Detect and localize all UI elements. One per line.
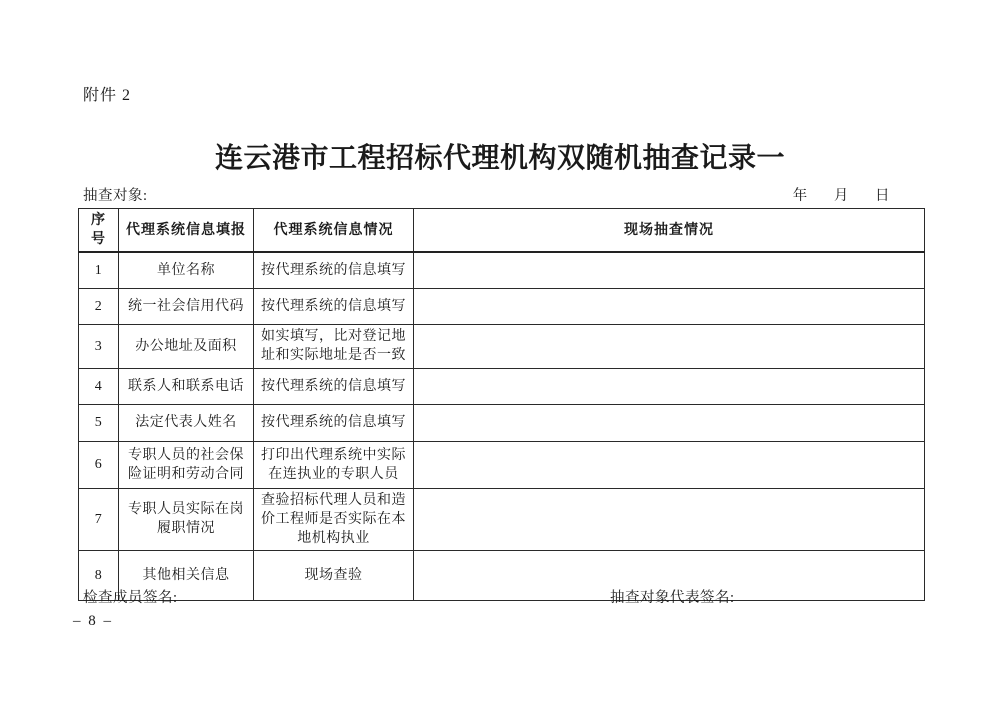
cell-no: 5 [79,404,119,441]
cell-info: 按代理系统的信息填写 [254,368,414,404]
header-item: 代理系统信息填报 [119,209,254,253]
cell-item: 法定代表人姓名 [119,404,254,441]
page-number: – 8 – [73,613,113,630]
attachment-label: 附件 2 [83,82,131,105]
table-row: 2 统一社会信用代码 按代理系统的信息填写 [79,288,925,324]
inspector-signature-label: 检查成员签名: [83,586,178,607]
header-no: 序号 [79,209,119,253]
cell-item: 办公地址及面积 [119,324,254,368]
table-row: 4 联系人和联系电话 按代理系统的信息填写 [79,368,925,404]
header-site: 现场抽查情况 [414,209,925,253]
year-label: 年 [793,184,808,205]
cell-item: 专职人员的社会保险证明和劳动合同 [119,441,254,488]
cell-site-blank [414,288,925,324]
cell-item: 单位名称 [119,252,254,288]
cell-site-blank [414,404,925,441]
table-row: 1 单位名称 按代理系统的信息填写 [79,252,925,288]
cell-info: 查验招标代理人员和造价工程师是否实际在本地机构执业 [254,488,414,550]
cell-site-blank [414,441,925,488]
cell-site-blank [414,252,925,288]
cell-info: 按代理系统的信息填写 [254,404,414,441]
table-row: 7 专职人员实际在岗履职情况 查验招标代理人员和造价工程师是否实际在本地机构执业 [79,488,925,550]
cell-no: 7 [79,488,119,550]
cell-no: 4 [79,368,119,404]
day-label: 日 [875,184,890,205]
cell-no: 2 [79,288,119,324]
table-header-row: 序号 代理系统信息填报 代理系统信息情况 现场抽查情况 [79,209,925,253]
cell-site-blank [414,488,925,550]
header-info: 代理系统信息情况 [254,209,414,253]
target-representative-signature-label: 抽查对象代表签名: [610,586,735,607]
cell-item: 专职人员实际在岗履职情况 [119,488,254,550]
page-title: 连云港市工程招标代理机构双随机抽查记录一 [0,136,1000,176]
date-fields: 年 月 日 [793,184,890,205]
inspection-record-table: 序号 代理系统信息填报 代理系统信息情况 现场抽查情况 1 单位名称 按代理系统… [78,208,925,601]
meta-row: 抽查对象: 年 月 日 [78,184,924,205]
cell-info: 按代理系统的信息填写 [254,252,414,288]
cell-no: 6 [79,441,119,488]
cell-no: 1 [79,252,119,288]
cell-site-blank [414,368,925,404]
cell-info: 打印出代理系统中实际在连执业的专职人员 [254,441,414,488]
table-row: 5 法定代表人姓名 按代理系统的信息填写 [79,404,925,441]
document-page: 附件 2 连云港市工程招标代理机构双随机抽查记录一 抽查对象: 年 月 日 序号… [0,0,1000,707]
month-label: 月 [834,184,849,205]
signature-row: 检查成员签名: 抽查对象代表签名: [78,586,924,606]
cell-no: 3 [79,324,119,368]
table-row: 3 办公地址及面积 如实填写，比对登记地址和实际地址是否一致 [79,324,925,368]
cell-item: 统一社会信用代码 [119,288,254,324]
cell-info: 按代理系统的信息填写 [254,288,414,324]
cell-item: 联系人和联系电话 [119,368,254,404]
inspection-target-label: 抽查对象: [78,184,148,205]
cell-info: 如实填写，比对登记地址和实际地址是否一致 [254,324,414,368]
cell-site-blank [414,324,925,368]
table-row: 6 专职人员的社会保险证明和劳动合同 打印出代理系统中实际在连执业的专职人员 [79,441,925,488]
